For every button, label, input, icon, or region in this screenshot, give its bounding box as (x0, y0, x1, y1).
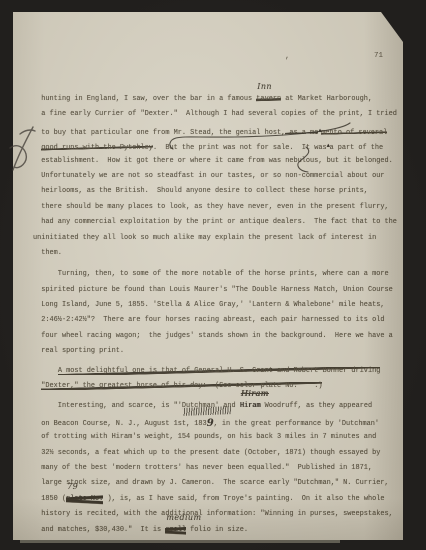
typescript-line: real sporting print. (33, 344, 409, 359)
blacked-out-text: smallmedium (165, 523, 186, 538)
typed-text: heirlooms, as the British. Should anyone… (33, 187, 368, 195)
paragraph: A most delightful one is that of General… (33, 364, 409, 395)
scanned-photo-background: 71 , hunting in England, I saw, over the… (0, 0, 426, 550)
blacked-out-text: plate No.79 (66, 492, 103, 507)
typed-text: uninitiated they all look so much alike … (33, 234, 376, 242)
typescript-line: hunting in England, I saw, over the bar … (33, 92, 409, 107)
typescript-line: there should be many places to look, as … (33, 200, 409, 215)
typescript-line: Interesting, and scarce, is "'Dutchman' … (33, 399, 409, 414)
typescript-line: establishment. How it got there or where… (33, 154, 409, 169)
typescript-line: many of the best 'modern trotters' has n… (33, 461, 409, 476)
typescript-line: to buy that particular one from Mr. Stea… (33, 123, 409, 138)
typescript-line: heirlooms, as the British. Should anyone… (33, 184, 409, 199)
typed-text: establishment. How it got there or where… (33, 157, 393, 165)
handwritten-note: medium (166, 514, 201, 522)
underlying-sheet-edge (20, 540, 340, 543)
typescript-line: "Dexter," the greatest horse of his day:… (33, 379, 409, 394)
typed-text: at Market Harborough, (281, 95, 372, 103)
typed-text: a fine early Currier of "Dexter." Althou… (33, 110, 397, 118)
typed-text: a part of the (329, 144, 383, 152)
typed-text (33, 367, 58, 375)
typed-text: Long Island, June 5, 1855. 'Stella & Ali… (33, 301, 384, 309)
typed-text: . But the print was not for sale. It was (153, 144, 327, 152)
typed-text: spirited picture be found than Louis Mau… (33, 286, 393, 294)
stray-ink-mark: , (285, 52, 290, 61)
typed-text: Woodruff, as they appeared (260, 402, 372, 410)
typed-text: many of the best 'modern trotters' has n… (33, 464, 372, 472)
typed-text: to buy that particular one from Mr. Stea… (33, 129, 285, 137)
typescript-line: 1850 (plate No.79 ), is, as I have said,… (33, 492, 409, 507)
typed-text: history is recited, with the additional … (33, 510, 393, 518)
typed-text: large stock size, and drawn by J. Camero… (33, 479, 389, 487)
handwritten-digit: 9 (207, 418, 214, 429)
typed-text: there should be many places to look, as … (33, 203, 389, 211)
typed-text: them. (33, 249, 62, 257)
typed-text: had any commercial exploitation by the p… (33, 218, 397, 226)
typescript-line: of trotting with Hiram's weight, 154 pou… (33, 430, 409, 445)
typed-text: , in the great performance by 'Dutchman' (214, 420, 379, 428)
typed-text: folio in size. (186, 526, 248, 534)
page-number: 71 (374, 52, 383, 60)
typescript-line: 32½ seconds, a feat which up to the pres… (33, 446, 409, 461)
typed-text: real sporting print. (33, 347, 124, 355)
typed-text: four wheel racing wagon; the judges' sta… (33, 332, 393, 340)
struck-text: tavernInn (256, 92, 281, 107)
paragraph: Turning, then, to some of the more notab… (33, 267, 409, 359)
typescript-line: on Beacon Course, N. J., August 1st, 183… (33, 415, 409, 430)
struck-text: as a me (285, 129, 318, 137)
handwritten-note: Inn (257, 83, 272, 91)
typed-text: 32½ seconds, a feat which up to the pres… (33, 449, 380, 457)
typescript-line: good runs with the Pytchley. But the pri… (33, 138, 409, 153)
typed-text: 2:46½-2:42½"? There are four horses raci… (33, 316, 384, 324)
typescript-line: them. (33, 246, 409, 261)
typescript: hunting in England, I saw, over the bar … (33, 92, 409, 538)
typescript-line: a fine early Currier of "Dexter." Althou… (33, 107, 409, 122)
typed-text: Turning, then, to some of the more notab… (33, 270, 389, 278)
typescript-line: and matches, $30,430." It is smallmedium… (33, 523, 409, 538)
typed-text: Interesting, and scarce, is "' (33, 402, 182, 410)
typescript-line: A most delightful one is that of General… (33, 364, 409, 379)
typescript-line: history is recited, with the additional … (33, 507, 409, 522)
typed-text: on Beacon Course, N. J., August 1st, 183 (33, 420, 207, 428)
typescript-line: uninitiated they all look so much alike … (33, 231, 409, 246)
typed-text: 1850 ( (33, 495, 66, 503)
typescript-line: Unfortunately we are not so steadfast in… (33, 169, 409, 184)
typed-text: and matches, $30,430." It is (33, 526, 165, 534)
typed-text: hunting in England, I saw, over the bar … (33, 95, 256, 103)
handwritten-note: Hiram (241, 390, 269, 398)
typescript-line: 2:46½-2:42½"? There are four horses raci… (33, 313, 409, 328)
typed-text: Unfortunately we are not so steadfast in… (33, 172, 384, 180)
typescript-line: spirited picture be found than Louis Mau… (33, 283, 409, 298)
typescript-line: large stock size, and drawn by J. Camero… (33, 476, 409, 491)
typescript-line: Turning, then, to some of the more notab… (33, 267, 409, 282)
struck-text: "Dexter," the greatest horse of his day:… (41, 382, 322, 390)
typescript-line: four wheel racing wagon; the judges' sta… (33, 329, 409, 344)
struck-text: mento of several (321, 129, 387, 137)
typed-text: ), is, as I have said, from Troye's pain… (103, 495, 384, 503)
overtyped-text: HiramHiram (240, 399, 261, 414)
struck-text: A most delightful one is that of General… (58, 367, 381, 375)
handwritten-note: 79 (67, 483, 78, 491)
manuscript-page: 71 , hunting in England, I saw, over the… (13, 12, 403, 540)
typescript-line: had any commercial exploitation by the p… (33, 215, 409, 230)
typescript-line: Long Island, June 5, 1855. 'Stella & Ali… (33, 298, 409, 313)
paragraph: hunting in England, I saw, over the bar … (33, 92, 409, 261)
paragraph: Interesting, and scarce, is "'Dutchman' … (33, 399, 409, 538)
struck-text: good runs with the Pytchley (41, 144, 153, 152)
typed-text: Dutchman (182, 399, 215, 414)
typed-text: of trotting with Hiram's weight, 154 pou… (33, 433, 376, 441)
